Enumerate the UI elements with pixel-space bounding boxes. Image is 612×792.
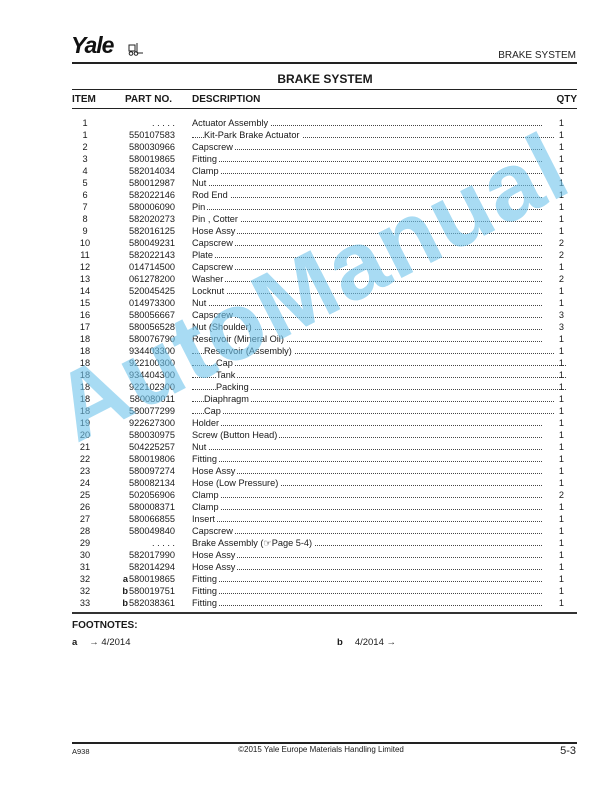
part-number-text: 580056528 xyxy=(129,322,175,332)
part-number-text: 580076790 xyxy=(129,334,175,344)
part-number: 934404300 xyxy=(111,369,175,381)
table-row: 3580019865Fitting1 xyxy=(72,153,577,165)
part-number-text: 582014034 xyxy=(129,166,175,176)
part-number-text: 580056667 xyxy=(129,310,175,320)
description: Fitting xyxy=(192,153,542,165)
description: Screw (Button Head) xyxy=(192,429,542,441)
quantity: 1 xyxy=(554,405,564,417)
part-number-text: 580080011 xyxy=(130,394,175,404)
item-number: 22 xyxy=(72,453,98,465)
table-row: 25502056906Clamp2 xyxy=(72,489,577,501)
part-number-text: 014973300 xyxy=(129,298,175,308)
quantity: 1 xyxy=(554,165,564,177)
item-number: 18 xyxy=(72,393,98,405)
description-text: Holder xyxy=(192,418,221,428)
description: Diaphragm xyxy=(192,393,554,405)
part-number: 580056667 xyxy=(111,309,175,321)
item-number: 26 xyxy=(72,501,98,513)
description-text: Fitting xyxy=(192,154,219,164)
quantity: 1 xyxy=(554,369,564,381)
part-number-text: 922102300 xyxy=(129,382,175,392)
quantity: 1 xyxy=(554,393,564,405)
table-row: 5580012987Nut1 xyxy=(72,177,577,189)
description: Clamp xyxy=(192,501,542,513)
description: Pin , Cotter xyxy=(192,213,542,225)
table-row: 15014973300Nut1 xyxy=(72,297,577,309)
part-number: 502056906 xyxy=(111,489,175,501)
part-number-text: 580030975 xyxy=(129,430,175,440)
table-row: 18580076790Reservoir (Mineral Oil)1 xyxy=(72,333,577,345)
column-header-part-no: PART NO. xyxy=(125,94,172,105)
part-number-text: 922627300 xyxy=(129,418,175,428)
part-number: 580049840 xyxy=(111,525,175,537)
table-row: 18922102300Packing1 xyxy=(72,381,577,393)
description: Fitting xyxy=(192,585,542,597)
description-text: Plate xyxy=(192,250,215,260)
description-text: Reservoir (Mineral Oil) xyxy=(192,334,286,344)
item-number: 8 xyxy=(72,213,98,225)
item-number: 5 xyxy=(72,177,98,189)
quantity: 1 xyxy=(554,117,564,129)
item-number: 1 xyxy=(72,129,98,141)
table-row: 10580049231Capscrew2 xyxy=(72,237,577,249)
table-row: 18580080011Diaphragm1 xyxy=(72,393,577,405)
part-number: 580076790 xyxy=(111,333,175,345)
part-number-text: 582014294 xyxy=(129,562,175,572)
description: Clamp xyxy=(192,489,542,501)
part-number-text: 502056906 xyxy=(129,490,175,500)
item-number: 12 xyxy=(72,261,98,273)
description-text: Hose Assy xyxy=(192,562,237,572)
description-text: Tank xyxy=(216,370,237,380)
description: Reservoir (Mineral Oil) xyxy=(192,333,542,345)
part-number: 922102300 xyxy=(111,381,175,393)
part-number-text: 580019806 xyxy=(129,454,175,464)
description: Nut xyxy=(192,297,542,309)
item-number: 19 xyxy=(72,417,98,429)
table-row: 13061278200Washer2 xyxy=(72,273,577,285)
description-text: Capscrew xyxy=(192,310,235,320)
item-number: 25 xyxy=(72,489,98,501)
part-number-text: 550107583 xyxy=(129,130,175,140)
quantity: 1 xyxy=(554,153,564,165)
quantity: 1 xyxy=(554,345,564,357)
item-number: 32 xyxy=(72,585,98,597)
part-number: 550107583 xyxy=(111,129,175,141)
description: Reservoir (Assembly) xyxy=(192,345,554,357)
quantity: 1 xyxy=(554,201,564,213)
item-number: 17 xyxy=(72,321,98,333)
part-number: a580019865 xyxy=(111,573,175,585)
quantity: 1 xyxy=(554,537,564,549)
item-number: 18 xyxy=(72,345,98,357)
part-number: 934403300 xyxy=(111,345,175,357)
forklift-icon xyxy=(128,42,144,56)
description: Hose Assy xyxy=(192,465,542,477)
description-text: Clamp xyxy=(192,490,221,500)
description: Nut (Shoulder) xyxy=(192,321,542,333)
footnote-flag: a xyxy=(123,574,128,584)
description-text: Clamp xyxy=(192,502,221,512)
table-row: 1550107583Kit-Park Brake Actuator1 xyxy=(72,129,577,141)
quantity: 1 xyxy=(554,429,564,441)
table-row: 21504225257Nut1 xyxy=(72,441,577,453)
table-row: 11582022143Plate2 xyxy=(72,249,577,261)
description: Rod End xyxy=(192,189,542,201)
table-row: 20580030975Screw (Button Head)1 xyxy=(72,429,577,441)
quantity: 1 xyxy=(554,333,564,345)
part-number: 520045425 xyxy=(111,285,175,297)
quantity: 1 xyxy=(554,549,564,561)
part-number: 061278200 xyxy=(111,273,175,285)
description-text: Screw (Button Head) xyxy=(192,430,279,440)
quantity: 1 xyxy=(554,141,564,153)
table-row: 29. . . . .Brake Assembly (☞Page 5-4)1 xyxy=(72,537,577,549)
part-number: b580019751 xyxy=(111,585,175,597)
part-number: 580066855 xyxy=(111,513,175,525)
table-row: 18580077299Cap1 xyxy=(72,405,577,417)
footnote-b: b4/2014 → xyxy=(337,637,396,648)
part-number-text: 580012987 xyxy=(129,178,175,188)
description: Cap xyxy=(192,357,566,369)
table-row: 6582022146Rod End1 xyxy=(72,189,577,201)
description: Actuator Assembly xyxy=(192,117,542,129)
quantity: 1 xyxy=(554,381,564,393)
quantity: 1 xyxy=(554,297,564,309)
running-head: BRAKE SYSTEM xyxy=(498,50,576,61)
part-number-text: 934404300 xyxy=(129,370,175,380)
quantity: 1 xyxy=(554,561,564,573)
part-number-text: 582022143 xyxy=(129,250,175,260)
part-number: 582020273 xyxy=(111,213,175,225)
item-number: 7 xyxy=(72,201,98,213)
description: Capscrew xyxy=(192,309,542,321)
description: Capscrew xyxy=(192,237,542,249)
part-number: 580012987 xyxy=(111,177,175,189)
description-text: Reservoir (Assembly) xyxy=(204,346,294,356)
quantity: 2 xyxy=(554,489,564,501)
description: Hose Assy xyxy=(192,225,542,237)
part-number-text: 580030966 xyxy=(129,142,175,152)
description: Washer xyxy=(192,273,542,285)
description-text: Cap xyxy=(216,358,235,368)
part-number: 922627300 xyxy=(111,417,175,429)
description: Nut xyxy=(192,177,542,189)
item-number: 18 xyxy=(72,357,98,369)
part-number: 580056528 xyxy=(111,321,175,333)
item-number: 18 xyxy=(72,333,98,345)
quantity: 2 xyxy=(554,237,564,249)
item-number: 9 xyxy=(72,225,98,237)
description: Capscrew xyxy=(192,261,542,273)
part-number-text: 582022146 xyxy=(129,190,175,200)
column-header-qty: QTY xyxy=(556,94,577,105)
part-number: 582016125 xyxy=(111,225,175,237)
description-text: Packing xyxy=(216,382,251,392)
part-number-text: 504225257 xyxy=(129,442,175,452)
description-text: Washer xyxy=(192,274,225,284)
table-row: 18934403300Reservoir (Assembly)1 xyxy=(72,345,577,357)
table-row: 27580066855Insert1 xyxy=(72,513,577,525)
description-text: Hose (Low Pressure) xyxy=(192,478,280,488)
part-number-text: 014714500 xyxy=(129,262,175,272)
description: Hose (Low Pressure) xyxy=(192,477,542,489)
description: Packing xyxy=(192,381,566,393)
quantity: 1 xyxy=(554,177,564,189)
table-row: 32a580019865Fitting1 xyxy=(72,573,577,585)
table-row: 4582014034Clamp1 xyxy=(72,165,577,177)
description-text: Capscrew xyxy=(192,142,235,152)
description: Pin xyxy=(192,201,542,213)
part-number-text: 582016125 xyxy=(129,226,175,236)
description: Hose Assy xyxy=(192,549,542,561)
item-number: 15 xyxy=(72,297,98,309)
part-number: 922100300 xyxy=(111,357,175,369)
part-number-text: 580019865 xyxy=(129,154,175,164)
description-text: Nut (Shoulder) xyxy=(192,322,254,332)
description: Nut xyxy=(192,441,542,453)
item-number: 11 xyxy=(72,249,98,261)
part-number: 580030975 xyxy=(111,429,175,441)
footnote-a: a→ 4/2014 xyxy=(72,637,131,648)
description-text: Insert xyxy=(192,514,217,524)
item-number: 13 xyxy=(72,273,98,285)
footer-rule xyxy=(72,742,577,744)
quantity: 2 xyxy=(554,249,564,261)
item-number: 18 xyxy=(72,405,98,417)
description-text: Clamp xyxy=(192,166,221,176)
item-number: 6 xyxy=(72,189,98,201)
item-number: 18 xyxy=(72,381,98,393)
part-number-text: 580049840 xyxy=(129,526,175,536)
quantity: 1 xyxy=(554,189,564,201)
column-header-item: ITEM xyxy=(72,94,96,105)
part-number: 580080011 xyxy=(111,393,175,405)
part-number-text: . . . . . xyxy=(152,538,175,548)
description-text: Hose Assy xyxy=(192,550,237,560)
quantity: 1 xyxy=(554,585,564,597)
quantity: 1 xyxy=(554,477,564,489)
item-number: 3 xyxy=(72,153,98,165)
description-text: Capscrew xyxy=(192,262,235,272)
quantity: 1 xyxy=(554,525,564,537)
part-number-text: 580008371 xyxy=(129,502,175,512)
part-number: 580049231 xyxy=(111,237,175,249)
part-number-text: 520045425 xyxy=(129,286,175,296)
part-number: 582014294 xyxy=(111,561,175,573)
quantity: 1 xyxy=(554,213,564,225)
description-text: Pin xyxy=(192,202,207,212)
table-row: 23580097274Hose Assy1 xyxy=(72,465,577,477)
description: Clamp xyxy=(192,165,542,177)
item-number: 1 xyxy=(72,117,98,129)
item-number: 28 xyxy=(72,525,98,537)
description: Kit-Park Brake Actuator xyxy=(192,129,554,141)
part-number-text: 580082134 xyxy=(129,478,175,488)
quantity: 1 xyxy=(554,357,564,369)
item-number: 10 xyxy=(72,237,98,249)
description: Fitting xyxy=(192,453,542,465)
item-number: 29 xyxy=(72,537,98,549)
quantity: 1 xyxy=(554,417,564,429)
quantity: 1 xyxy=(554,597,564,609)
description-text: Fitting xyxy=(192,598,219,608)
part-number-text: 922100300 xyxy=(129,358,175,368)
description-text: Nut xyxy=(192,298,208,308)
item-number: 4 xyxy=(72,165,98,177)
part-number-text: 580066855 xyxy=(129,514,175,524)
item-number: 14 xyxy=(72,285,98,297)
parts-table: ITEM PART NO. DESCRIPTION QTY 1. . . . .… xyxy=(72,89,577,609)
table-row: 30582017990Hose Assy1 xyxy=(72,549,577,561)
part-number-text: 582020273 xyxy=(129,214,175,224)
description-text: Rod End xyxy=(192,190,230,200)
page-number: 5-3 xyxy=(560,745,576,757)
table-row: 17580056528Nut (Shoulder)3 xyxy=(72,321,577,333)
description: Brake Assembly (☞Page 5-4) xyxy=(192,537,542,549)
part-number-text: 580077299 xyxy=(129,406,175,416)
description: Insert xyxy=(192,513,542,525)
table-row: 8582020273Pin , Cotter1 xyxy=(72,213,577,225)
description: Locknut xyxy=(192,285,542,297)
copyright: ©2015 Yale Europe Materials Handling Lim… xyxy=(0,745,612,754)
quantity: 1 xyxy=(554,285,564,297)
description: Cap xyxy=(192,405,554,417)
item-number: 2 xyxy=(72,141,98,153)
part-number: 580082134 xyxy=(111,477,175,489)
table-row: 24580082134Hose (Low Pressure)1 xyxy=(72,477,577,489)
description-text: Pin , Cotter xyxy=(192,214,240,224)
quantity: 1 xyxy=(554,573,564,585)
description: Plate xyxy=(192,249,542,261)
table-row: 16580056667Capscrew3 xyxy=(72,309,577,321)
description-text: Kit-Park Brake Actuator xyxy=(204,130,302,140)
table-row: 33b582038361Fitting1 xyxy=(72,597,577,609)
item-number: 18 xyxy=(72,369,98,381)
footnote-flag: b xyxy=(122,586,128,596)
description-text: Brake Assembly (☞Page 5-4) xyxy=(192,538,314,548)
footnote-a-text: → 4/2014 xyxy=(89,637,130,648)
part-number: 580019865 xyxy=(111,153,175,165)
table-row: 14520045425Locknut1 xyxy=(72,285,577,297)
part-number-text: 934403300 xyxy=(129,346,175,356)
part-number: b582038361 xyxy=(111,597,175,609)
part-number-text: 580019751 xyxy=(129,586,175,596)
part-number: 582022146 xyxy=(111,189,175,201)
part-number: 582022143 xyxy=(111,249,175,261)
table-row: 31582014294Hose Assy1 xyxy=(72,561,577,573)
column-header-description: DESCRIPTION xyxy=(192,94,260,105)
quantity: 2 xyxy=(554,273,564,285)
description-text: Fitting xyxy=(192,454,219,464)
part-number: 582014034 xyxy=(111,165,175,177)
part-number-text: 580019865 xyxy=(129,574,175,584)
table-row: 26580008371Clamp1 xyxy=(72,501,577,513)
table-row: 19922627300Holder1 xyxy=(72,417,577,429)
part-number: . . . . . xyxy=(111,537,175,549)
part-number-text: 582038361 xyxy=(129,598,175,608)
part-number-text: 580049231 xyxy=(129,238,175,248)
item-number: 27 xyxy=(72,513,98,525)
table-row: 9582016125Hose Assy1 xyxy=(72,225,577,237)
part-number: 580006090 xyxy=(111,201,175,213)
footnotes-rule xyxy=(72,612,577,614)
table-row: 2580030966Capscrew1 xyxy=(72,141,577,153)
quantity: 1 xyxy=(554,261,564,273)
table-row: 18934404300Tank1 xyxy=(72,369,577,381)
footnote-b-text: 4/2014 → xyxy=(355,637,396,648)
part-number: 580008371 xyxy=(111,501,175,513)
description-text: Locknut xyxy=(192,286,226,296)
item-number: 24 xyxy=(72,477,98,489)
part-number: . . . . . xyxy=(111,117,175,129)
quantity: 1 xyxy=(554,225,564,237)
part-number-text: 580006090 xyxy=(129,202,175,212)
quantity: 1 xyxy=(554,465,564,477)
part-number: 580097274 xyxy=(111,465,175,477)
item-number: 33 xyxy=(72,597,98,609)
table-row: 28580049840Capscrew1 xyxy=(72,525,577,537)
quantity: 1 xyxy=(554,441,564,453)
part-number-text: 582017990 xyxy=(129,550,175,560)
description: Hose Assy xyxy=(192,561,542,573)
table-row: 18922100300Cap1 xyxy=(72,357,577,369)
table-header: ITEM PART NO. DESCRIPTION QTY xyxy=(72,89,577,109)
part-number: 014973300 xyxy=(111,297,175,309)
item-number: 16 xyxy=(72,309,98,321)
table-body: 1. . . . .Actuator Assembly11550107583Ki… xyxy=(72,117,577,609)
description-text: Hose Assy xyxy=(192,466,237,476)
part-number: 504225257 xyxy=(111,441,175,453)
part-number: 580077299 xyxy=(111,405,175,417)
description: Capscrew xyxy=(192,525,542,537)
table-row: 12014714500Capscrew1 xyxy=(72,261,577,273)
item-number: 23 xyxy=(72,465,98,477)
footnote-flag: b xyxy=(122,598,128,608)
part-number-text: . . . . . xyxy=(152,118,175,128)
part-number-text: 580097274 xyxy=(129,466,175,476)
description: Fitting xyxy=(192,573,542,585)
part-number: 580030966 xyxy=(111,141,175,153)
table-row: 22580019806Fitting1 xyxy=(72,453,577,465)
description-text: Cap xyxy=(204,406,223,416)
item-number: 31 xyxy=(72,561,98,573)
item-number: 21 xyxy=(72,441,98,453)
description-text: Diaphragm xyxy=(204,394,251,404)
description: Holder xyxy=(192,417,542,429)
description: Fitting xyxy=(192,597,542,609)
part-number: 582017990 xyxy=(111,549,175,561)
part-number-text: 061278200 xyxy=(129,274,175,284)
description-text: Nut xyxy=(192,178,208,188)
description-text: Nut xyxy=(192,442,208,452)
item-number: 30 xyxy=(72,549,98,561)
description-text: Hose Assy xyxy=(192,226,237,236)
item-number: 32 xyxy=(72,573,98,585)
part-number: 014714500 xyxy=(111,261,175,273)
quantity: 1 xyxy=(554,513,564,525)
yale-logo: Yale xyxy=(71,34,113,57)
footnote-a-key: a xyxy=(72,637,77,648)
quantity: 3 xyxy=(554,309,564,321)
page-title: BRAKE SYSTEM xyxy=(0,72,612,86)
quantity: 1 xyxy=(554,501,564,513)
table-row: 32b580019751Fitting1 xyxy=(72,585,577,597)
description-text: Capscrew xyxy=(192,238,235,248)
table-row: 7580006090Pin1 xyxy=(72,201,577,213)
footnote-b-key: b xyxy=(337,637,343,648)
table-row: 1. . . . .Actuator Assembly1 xyxy=(72,117,577,129)
